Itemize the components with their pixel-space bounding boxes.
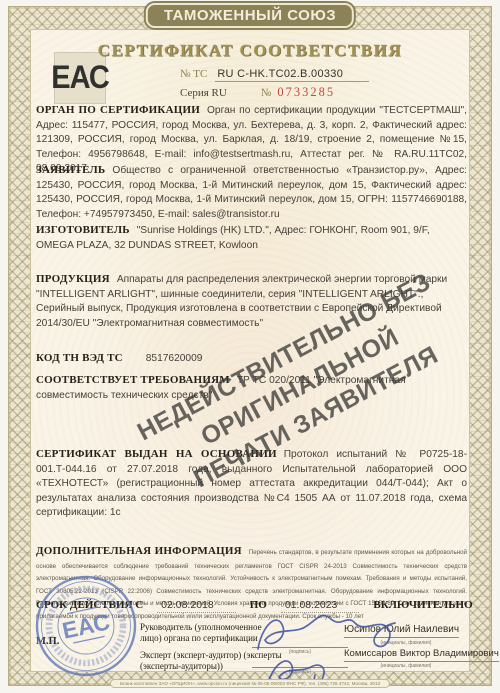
section-tnved-code: КОД ТН ВЭД ТС8517620009 — [36, 351, 467, 366]
series-line: Серия RU№0733285 — [180, 85, 335, 100]
section-label: КОД ТН ВЭД ТС — [36, 352, 123, 364]
series-label: Серия RU — [180, 87, 227, 99]
section-label: ИЗГОТОВИТЕЛЬ — [36, 224, 130, 236]
certificate-title: СЕРТИФИКАТ СООТВЕТСТВИЯ — [0, 41, 500, 61]
certificate-page: ТАМОЖЕННЫЙ СОЮЗ ЕАС СЕРТИФИКАТ СООТВЕТСТ… — [0, 0, 500, 693]
section-issued-on-basis: СЕРТИФИКАТ ВЫДАН НА ОСНОВАНИИПротокол ис… — [36, 447, 467, 520]
number-label: № ТС — [180, 68, 207, 80]
section-manufacturer: ИЗГОТОВИТЕЛЬ"Sunrise Holdings (HK) LTD."… — [36, 223, 467, 252]
section-label: ОРГАН ПО СЕРТИФИКАЦИИ — [36, 104, 200, 116]
section-applicant: ЗАЯВИТЕЛЬОбщество с ограниченной ответст… — [36, 163, 467, 221]
head-signature-stroke — [258, 615, 395, 649]
section-label: ПРОДУКЦИЯ — [36, 273, 110, 285]
eac-logo-letters: ЕАС — [51, 60, 109, 97]
customs-union-banner: ТАМОЖЕННЫЙ СОЮЗ — [146, 3, 354, 28]
section-label: СООТВЕТСТВУЕТ ТРЕБОВАНИЯМ — [36, 374, 230, 386]
section-label: ДОПОЛНИТЕЛЬНАЯ ИНФОРМАЦИЯ — [36, 545, 242, 557]
handwritten-signatures — [242, 597, 422, 689]
round-stamp: ЕАС — [34, 574, 138, 678]
blank-manufacturer-imprint: Бланк изготовлен ЗАО «ОПЦИОН», www.opcio… — [110, 679, 390, 688]
section-label: ЗАЯВИТЕЛЬ — [36, 164, 105, 176]
series-no-sign: № — [261, 87, 272, 99]
series-number: 0733285 — [277, 85, 335, 99]
tnved-code-value: 8517620009 — [146, 353, 203, 364]
certificate-number: RU C-HK.TC02.B.00330 — [215, 68, 369, 82]
validity-from: 02.08.2018 — [157, 599, 236, 613]
section-label: СЕРТИФИКАТ ВЫДАН НА ОСНОВАНИИ — [36, 448, 277, 460]
section-complies-with: СООТВЕТСТВУЕТ ТРЕБОВАНИЯМТР ТС 020/2011 … — [36, 373, 467, 402]
certificate-number-line: № ТСRU C-HK.TC02.B.00330 — [180, 68, 369, 80]
section-product: ПРОДУКЦИЯАппараты для распределения элек… — [36, 272, 467, 330]
